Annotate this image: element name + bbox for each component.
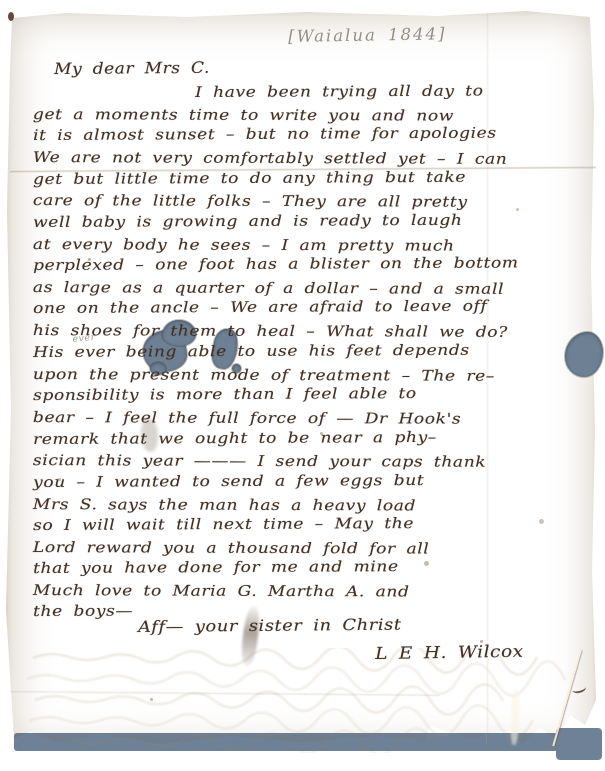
letter-line: care of the little folks – They are all …	[33, 192, 468, 211]
letter-line: Mrs S. says the man has a heavy load	[33, 496, 416, 514]
letter-line: that you have done for me and mine	[33, 558, 399, 577]
letter-line: his shoes for them to heal – What shall …	[33, 322, 508, 341]
letter-closing: Aff— your sister in Christ	[138, 616, 402, 636]
letter-salutation: My dear Mrs C.	[54, 59, 210, 78]
letter-line: perplexed – one foot has a blister on th…	[33, 254, 519, 274]
letter-line: one on the ancle – We are afraid to leav…	[33, 298, 487, 317]
letter-line: We are not very comfortably settled yet …	[33, 149, 508, 168]
letter-line: Much love to Maria G. Martha A. and	[33, 582, 410, 600]
letter-signature: L E H. Wilcox	[375, 642, 524, 663]
letter-line: sponsibility is more than I feel able to	[33, 385, 417, 404]
pencil-date-annotation: [Waialua 1844]	[288, 24, 447, 46]
letter-scan: [Waialua 1844] ever My dear Mrs C. I hav…	[0, 0, 605, 771]
ink-bleed-through	[25, 648, 580, 753]
letter-line: upon the present mode of treatment – The…	[33, 366, 495, 385]
letter-line: sician this year ——— I send your caps th…	[33, 452, 486, 471]
letter-line: well baby is growing and is ready to lau…	[33, 212, 463, 231]
letter-line: remark that we ought to be near a phy–	[33, 429, 437, 448]
letter-line: get a moments time to write you and now	[33, 106, 454, 125]
paper-hole-edge	[565, 332, 603, 377]
letter-line: you – I wanted to send a few eggs but	[33, 472, 424, 491]
letter-line: get but little time to do any thing but …	[33, 169, 466, 188]
letter-line: so I will wait till next time – May the	[33, 515, 414, 534]
letter-line: His ever being able to use his feet depe…	[33, 342, 470, 361]
letter-line: I have been trying all day to	[195, 82, 484, 101]
letter-line: the boys—	[33, 602, 133, 620]
letter-line: as large as a quarter of a dollar – and …	[33, 279, 504, 298]
letter-line: it is almost sunset – but no time for ap…	[33, 125, 497, 144]
letter-line: Lord reward you a thousand fold for all	[33, 539, 429, 557]
letter-line: at every body he sees – I am pretty much	[33, 236, 455, 255]
letter-line: bear – I feel the full force of — Dr Hoo…	[33, 409, 461, 428]
